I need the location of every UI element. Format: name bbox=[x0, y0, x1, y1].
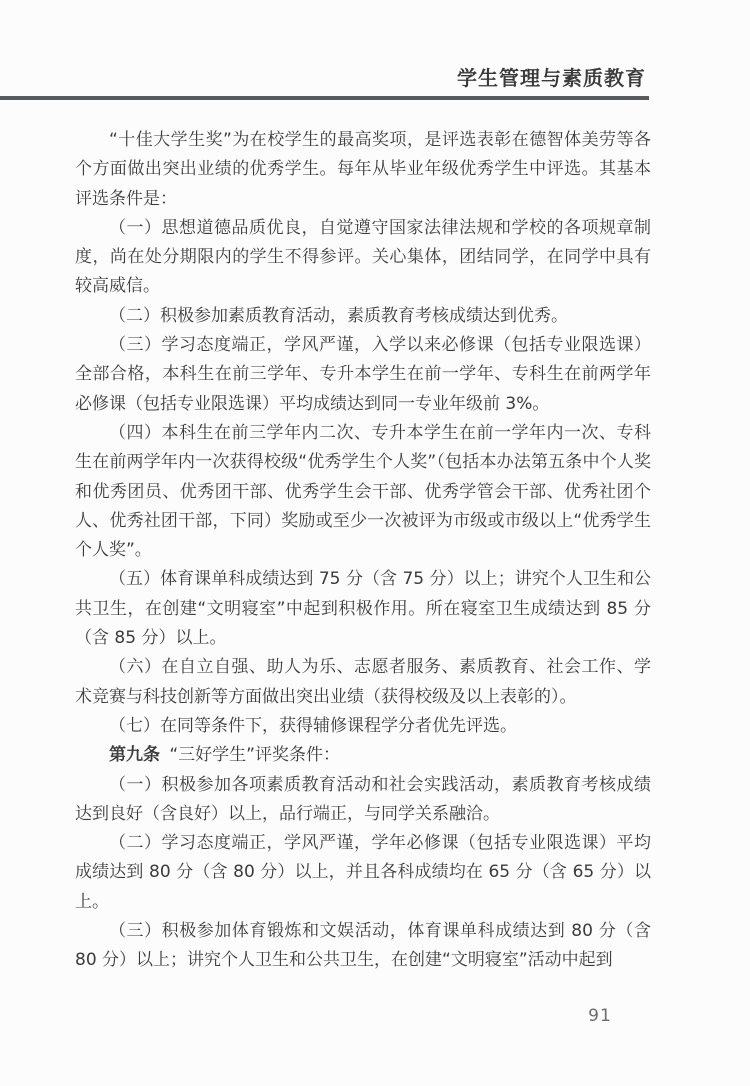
article-9-title: “三好学生”评奖条件： bbox=[169, 745, 340, 765]
paragraph-article-9: 第九条“三好学生”评奖条件： bbox=[75, 741, 651, 770]
paragraph-article9-condition-2: （二）学习态度端正，学风严谨，学年必修课（包括专业限选课）平均成绩达到 80 分… bbox=[75, 829, 651, 917]
paragraph-condition-1: （一）思想道德品质优良，自觉遵守国家法律法规和学校的各项规章制度，尚在处分期限内… bbox=[75, 214, 651, 302]
paragraph-condition-4: （四）本科生在前三学年内二次、专升本学生在前一学年内一次、专科生在前两学年内一次… bbox=[75, 419, 651, 565]
paragraph-condition-7: （七）在同等条件下，获得辅修课程学分者优先评选。 bbox=[75, 712, 651, 741]
page-number: 91 bbox=[560, 1006, 640, 1026]
header-rule-divider bbox=[0, 96, 649, 100]
paragraph-condition-2: （二）积极参加素质教育活动，素质教育考核成绩达到优秀。 bbox=[75, 302, 651, 331]
paragraph-article9-condition-3: （三）积极参加体育锻炼和文娱活动，体育课单科成绩达到 80 分（含 80 分）以… bbox=[75, 917, 651, 976]
paragraph-intro: “十佳大学生奖”为在校学生的最高奖项，是评选表彰在德智体美劳等各个方面做出突出业… bbox=[75, 126, 651, 214]
paragraph-condition-6: （六）在自立自强、助人为乐、志愿者服务、素质教育、社会工作、学术竞赛与科技创新等… bbox=[75, 653, 651, 712]
document-body: “十佳大学生奖”为在校学生的最高奖项，是评选表彰在德智体美劳等各个方面做出突出业… bbox=[75, 126, 651, 976]
article-9-number: 第九条 bbox=[109, 745, 160, 765]
running-header-title: 学生管理与素质教育 bbox=[0, 66, 646, 90]
paragraph-condition-5: （五）体育课单科成绩达到 75 分（含 75 分）以上；讲究个人卫生和公共卫生，… bbox=[75, 565, 651, 653]
paragraph-condition-3: （三）学习态度端正，学风严谨，入学以来必修课（包括专业限选课）全部合格，本科生在… bbox=[75, 331, 651, 419]
paragraph-article9-condition-1: （一）积极参加各项素质教育活动和社会实践活动，素质教育考核成绩达到良好（含良好）… bbox=[75, 771, 651, 830]
document-page: 学生管理与素质教育 “十佳大学生奖”为在校学生的最高奖项，是评选表彰在德智体美劳… bbox=[0, 0, 750, 1086]
